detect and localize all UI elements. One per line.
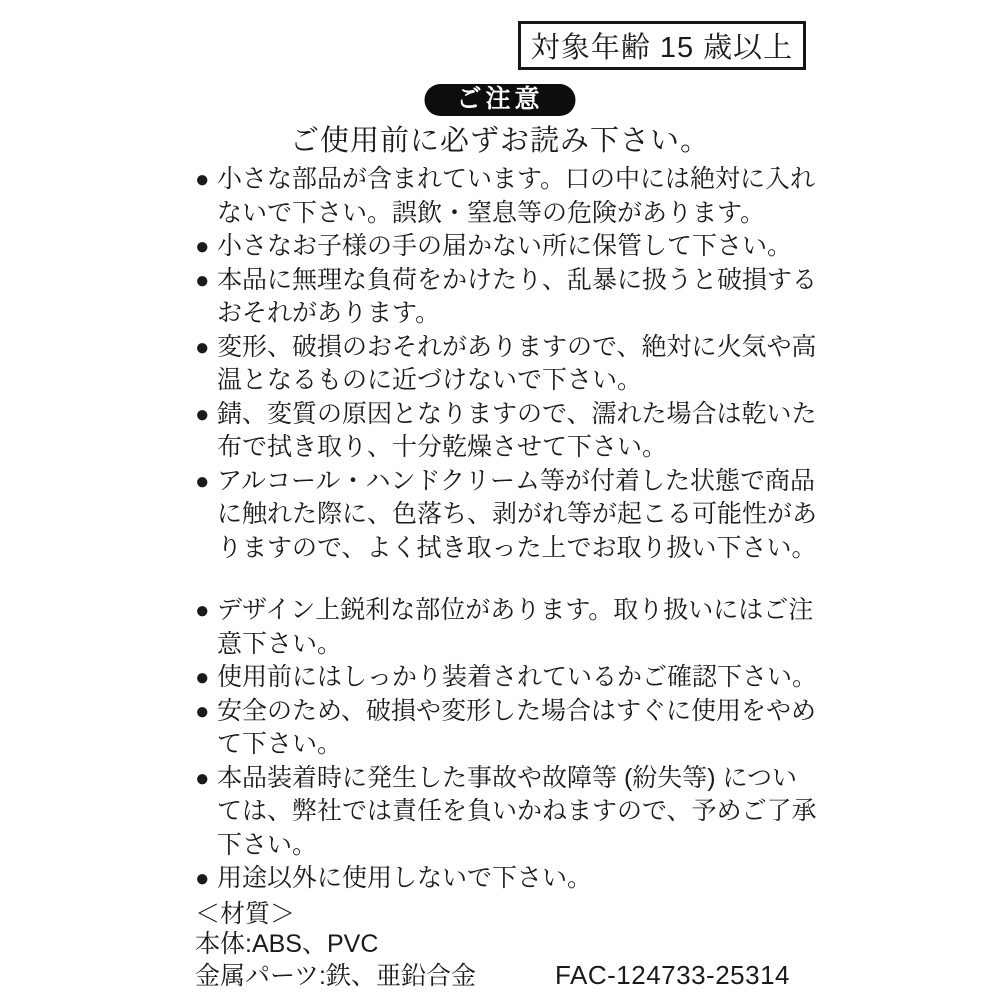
materials-body-line: 本体:ABS、PVC [195, 929, 875, 960]
bullet-icon: ● [195, 398, 217, 432]
bullet-icon: ● [195, 695, 217, 729]
warning-item: ●本品に無理な負荷をかけたり、乱暴に扱うと破損する おそれがあります。 [195, 264, 875, 331]
bullet-icon: ● [195, 594, 217, 628]
materials-heading: ＜材質＞ [195, 899, 875, 930]
warning-item: ●用途以外に使用しないで下さい。 [195, 862, 875, 896]
age-restriction-text: 対象年齢 15 歳以上 [531, 25, 793, 66]
materials-metal-row: 金属パーツ:鉄、亜鉛合金 FAC-124733-25314 [195, 960, 790, 992]
product-code: FAC-124733-25314 [555, 960, 790, 991]
age-restriction-box: 対象年齢 15 歳以上 [518, 21, 806, 70]
warning-list-primary: ●小さな部品が含まれています。口の中には絶対に入れ ないで下さい。誤飲・窒息等の… [195, 163, 875, 565]
warnings-content: ●小さな部品が含まれています。口の中には絶対に入れ ないで下さい。誤飲・窒息等の… [195, 163, 875, 991]
materials-section: ＜材質＞ 本体:ABS、PVC 金属パーツ:鉄、亜鉛合金 FAC-124733-… [195, 899, 875, 992]
warning-text: アルコール・ハンドクリーム等が付着した状態で商品 に触れた際に、色落ち、剥がれ等… [217, 467, 817, 562]
bullet-icon: ● [195, 163, 217, 197]
warning-text: 変形、破損のおそれがありますので、絶対に火気や高 温となるものに近づけないで下さ… [217, 333, 817, 395]
warning-item: ●小さなお子様の手の届かない所に保管して下さい。 [195, 230, 875, 264]
warning-item: ●錆、変質の原因となりますので、濡れた場合は乾いた 布で拭き取り、十分乾燥させて… [195, 398, 875, 465]
warning-text: 安全のため、破損や変形した場合はすぐに使用をやめ て下さい。 [217, 697, 816, 759]
warning-item: ●デザイン上鋭利な部位があります。取り扱いにはご注 意下さい。 [195, 594, 875, 661]
warning-item: ●アルコール・ハンドクリーム等が付着した状態で商品 に触れた際に、色落ち、剥がれ… [195, 465, 875, 566]
warning-item: ●安全のため、破損や変形した場合はすぐに使用をやめ て下さい。 [195, 695, 875, 762]
materials-metal-parts: 金属パーツ:鉄、亜鉛合金 [195, 961, 476, 992]
warning-text: 本品に無理な負荷をかけたり、乱暴に扱うと破損する おそれがあります。 [217, 266, 817, 328]
warning-item: ●使用前にはしっかり装着されているかご確認下さい。 [195, 661, 875, 695]
read-before-use-heading: ご使用前に必ずお読み下さい。 [0, 118, 1000, 159]
caution-badge-text: ご注意 [456, 85, 543, 113]
bullet-icon: ● [195, 762, 217, 796]
warning-item: ●変形、破損のおそれがありますので、絶対に火気や高 温となるものに近づけないで下… [195, 331, 875, 398]
warning-item: ●本品装着時に発生した事故や故障等 (紛失等) につい ては、弊社では責任を負い… [195, 762, 875, 863]
bullet-icon: ● [195, 465, 217, 499]
warning-item: ●小さな部品が含まれています。口の中には絶対に入れ ないで下さい。誤飲・窒息等の… [195, 163, 875, 230]
bullet-icon: ● [195, 661, 217, 695]
warning-list-secondary: ●デザイン上鋭利な部位があります。取り扱いにはご注 意下さい。●使用前にはしっか… [195, 594, 875, 896]
warning-text: 本品装着時に発生した事故や故障等 (紛失等) につい ては、弊社では責任を負いか… [217, 764, 817, 859]
bullet-icon: ● [195, 264, 217, 298]
warning-text: 小さなお子様の手の届かない所に保管して下さい。 [217, 232, 792, 260]
warning-text: デザイン上鋭利な部位があります。取り扱いにはご注 意下さい。 [217, 596, 813, 658]
warning-text: 用途以外に使用しないで下さい。 [217, 864, 592, 892]
caution-badge: ご注意 [424, 84, 575, 116]
warning-label-page: 対象年齢 15 歳以上 ご注意 ご使用前に必ずお読み下さい。 ●小さな部品が含ま… [0, 0, 1000, 1000]
bullet-icon: ● [195, 862, 217, 896]
warning-text: 使用前にはしっかり装着されているかご確認下さい。 [217, 663, 817, 691]
bullet-icon: ● [195, 331, 217, 365]
warning-text: 小さな部品が含まれています。口の中には絶対に入れ ないで下さい。誤飲・窒息等の危… [217, 165, 815, 227]
warning-text: 錆、変質の原因となりますので、濡れた場合は乾いた 布で拭き取り、十分乾燥させて下… [217, 400, 817, 462]
bullet-icon: ● [195, 230, 217, 264]
